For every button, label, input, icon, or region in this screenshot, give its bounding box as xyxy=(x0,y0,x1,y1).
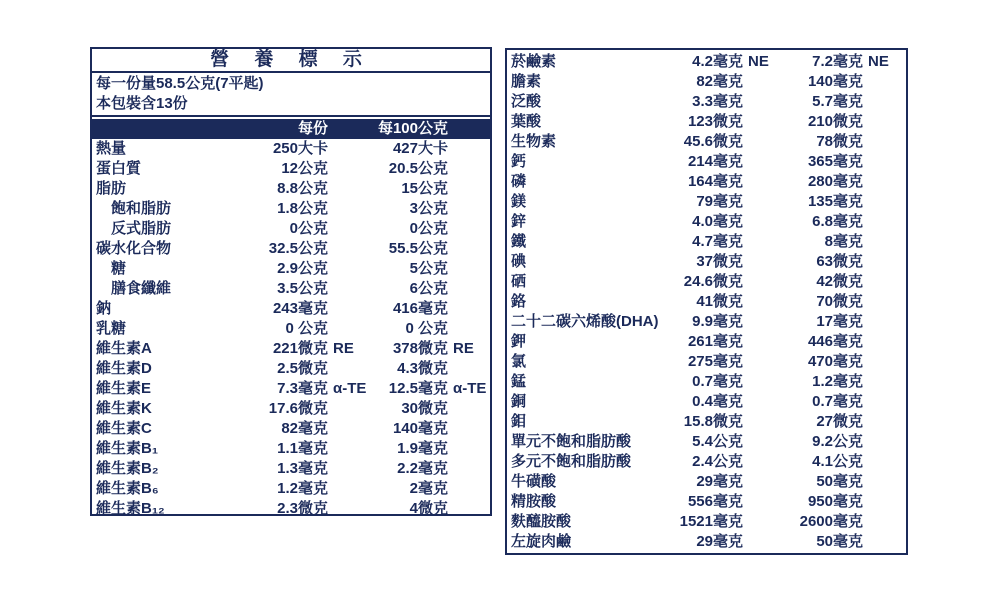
per-serving-value: 0公克 xyxy=(226,219,328,239)
per-serving-value: 0.4毫克 xyxy=(641,392,743,412)
per-serving-unit-suffix xyxy=(743,372,775,392)
per-100g-value: 1.9毫克 xyxy=(360,439,448,459)
per-100g-value: 5.7毫克 xyxy=(775,92,863,112)
per-100g-unit-suffix xyxy=(448,199,490,219)
per-100g-unit-suffix xyxy=(863,272,905,292)
per-serving-value: 214毫克 xyxy=(641,152,743,172)
per-100g-value: 470毫克 xyxy=(775,352,863,372)
nutrient-label: 菸鹼素 xyxy=(507,52,641,72)
table-row: 鎂 79毫克 135毫克 xyxy=(507,192,906,212)
per-serving-value: 261毫克 xyxy=(641,332,743,352)
nutrition-facts-continued-panel: 菸鹼素 4.2毫克 NE 7.2毫克 NE 膽素 82毫克 140毫克 泛酸 3… xyxy=(505,48,908,555)
per-100g-value: 15公克 xyxy=(360,179,448,199)
table-row: 鉬 15.8微克 27微克 xyxy=(507,412,906,432)
per-100g-unit-suffix xyxy=(863,452,905,472)
nutrient-label: 飽和脂肪 xyxy=(92,199,226,219)
per-serving-value: 1.1毫克 xyxy=(226,439,328,459)
header-spacer xyxy=(328,119,360,139)
nutrient-label: 二十二碳六烯酸(DHA) xyxy=(507,312,641,332)
nutrient-label: 麩醯胺酸 xyxy=(507,512,641,532)
per-100g-value: 1.2毫克 xyxy=(775,372,863,392)
per-serving-value: 1.8公克 xyxy=(226,199,328,219)
per-100g-value: 6.8毫克 xyxy=(775,212,863,232)
table-row: 脂肪 8.8公克 15公克 xyxy=(92,179,490,199)
per-100g-value: 27微克 xyxy=(775,412,863,432)
per-serving-value: 0.7毫克 xyxy=(641,372,743,392)
per-100g-value: 2.2毫克 xyxy=(360,459,448,479)
per-100g-unit-suffix xyxy=(448,219,490,239)
nutrient-label: 維生素C xyxy=(92,419,226,439)
per-serving-unit-suffix xyxy=(743,512,775,532)
header-spacer xyxy=(448,119,490,139)
per-serving-unit-suffix xyxy=(743,352,775,372)
table-row: 磷 164毫克 280毫克 xyxy=(507,172,906,192)
per-serving-value: 164毫克 xyxy=(641,172,743,192)
nutrient-rows-left: 熱量 250大卡 427大卡 蛋白質 12公克 20.5公克 脂肪 8.8公克 … xyxy=(92,139,490,519)
nutrient-label: 糖 xyxy=(92,259,226,279)
per-100g-unit-suffix xyxy=(448,299,490,319)
per-100g-unit-suffix xyxy=(863,72,905,92)
per-serving-value: 82毫克 xyxy=(226,419,328,439)
table-row: 維生素E 7.3毫克 α-TE 12.5毫克 α-TE xyxy=(92,379,490,399)
table-row: 鈣 214毫克 365毫克 xyxy=(507,152,906,172)
table-row: 單元不飽和脂肪酸 5.4公克 9.2公克 xyxy=(507,432,906,452)
table-row: 銅 0.4毫克 0.7毫克 xyxy=(507,392,906,412)
per-serving-value: 221微克 xyxy=(226,339,328,359)
per-serving-value: 82毫克 xyxy=(641,72,743,92)
per-serving-value: 556毫克 xyxy=(641,492,743,512)
per-serving-value: 0 公克 xyxy=(226,319,328,339)
per-serving-unit-suffix xyxy=(328,179,360,199)
per-100g-value: 0.7毫克 xyxy=(775,392,863,412)
per-100g-unit-suffix xyxy=(863,312,905,332)
per-100g-value: 42微克 xyxy=(775,272,863,292)
serving-size-text: 每一份量58.5公克(7平匙) xyxy=(96,74,490,94)
nutrient-label: 葉酸 xyxy=(507,112,641,132)
per-serving-unit-suffix xyxy=(743,252,775,272)
per-serving-unit-suffix xyxy=(328,159,360,179)
nutrient-label: 維生素E xyxy=(92,379,226,399)
per-100g-value: 0 公克 xyxy=(360,319,448,339)
per-100g-unit-suffix xyxy=(863,172,905,192)
per-serving-unit-suffix: RE xyxy=(328,339,360,359)
per-serving-value: 2.5微克 xyxy=(226,359,328,379)
per-serving-unit-suffix xyxy=(328,459,360,479)
per-100g-unit-suffix xyxy=(448,479,490,499)
per-serving-value: 123微克 xyxy=(641,112,743,132)
table-row: 精胺酸 556毫克 950毫克 xyxy=(507,492,906,512)
per-serving-unit-suffix xyxy=(743,412,775,432)
nutrient-label: 膽素 xyxy=(507,72,641,92)
per-100g-value: 7.2毫克 xyxy=(775,52,863,72)
table-row: 泛酸 3.3毫克 5.7毫克 xyxy=(507,92,906,112)
nutrient-label: 多元不飽和脂肪酸 xyxy=(507,452,641,472)
per-serving-unit-suffix xyxy=(743,72,775,92)
table-row: 麩醯胺酸 1521毫克 2600毫克 xyxy=(507,512,906,532)
per-100g-unit-suffix xyxy=(863,332,905,352)
per-serving-value: 275毫克 xyxy=(641,352,743,372)
per-serving-unit-suffix xyxy=(743,332,775,352)
table-row: 糖 2.9公克 5公克 xyxy=(92,259,490,279)
nutrient-label: 維生素K xyxy=(92,399,226,419)
per-100g-value: 50毫克 xyxy=(775,532,863,552)
per-serving-unit-suffix xyxy=(328,499,360,519)
nutrient-label: 單元不飽和脂肪酸 xyxy=(507,432,641,452)
nutrient-rows-right: 菸鹼素 4.2毫克 NE 7.2毫克 NE 膽素 82毫克 140毫克 泛酸 3… xyxy=(507,52,906,552)
table-row: 維生素K 17.6微克 30微克 xyxy=(92,399,490,419)
per-100g-unit-suffix xyxy=(448,439,490,459)
nutrient-label: 維生素B₁₂ xyxy=(92,499,226,519)
per-100g-value: 135毫克 xyxy=(775,192,863,212)
per-100g-unit-suffix xyxy=(863,292,905,312)
per-serving-value: 8.8公克 xyxy=(226,179,328,199)
per-serving-value: 2.9公克 xyxy=(226,259,328,279)
per-serving-unit-suffix xyxy=(328,399,360,419)
per-serving-unit-suffix xyxy=(328,299,360,319)
per-100g-value: 0公克 xyxy=(360,219,448,239)
per-serving-unit-suffix xyxy=(743,272,775,292)
nutrient-label: 牛磺酸 xyxy=(507,472,641,492)
per-100g-value: 63微克 xyxy=(775,252,863,272)
nutrient-label: 鋅 xyxy=(507,212,641,232)
per-serving-value: 41微克 xyxy=(641,292,743,312)
per-serving-value: 24.6微克 xyxy=(641,272,743,292)
per-serving-unit-suffix xyxy=(743,312,775,332)
nutrition-facts-main-panel: 營 養 標 示 每一份量58.5公克(7平匙) 本包裝含13份 每份 每100公… xyxy=(90,47,492,516)
per-serving-unit-suffix xyxy=(743,232,775,252)
per-100g-value: 365毫克 xyxy=(775,152,863,172)
per-100g-unit-suffix xyxy=(448,459,490,479)
nutrient-label: 鈣 xyxy=(507,152,641,172)
per-serving-value: 243毫克 xyxy=(226,299,328,319)
nutrient-label: 碳水化合物 xyxy=(92,239,226,259)
nutrient-label: 反式脂肪 xyxy=(92,219,226,239)
table-row: 菸鹼素 4.2毫克 NE 7.2毫克 NE xyxy=(507,52,906,72)
per-100g-unit-suffix xyxy=(448,319,490,339)
table-row: 多元不飽和脂肪酸 2.4公克 4.1公克 xyxy=(507,452,906,472)
per-100g-value: 2毫克 xyxy=(360,479,448,499)
table-row: 葉酸 123微克 210微克 xyxy=(507,112,906,132)
nutrient-label: 脂肪 xyxy=(92,179,226,199)
per-100g-value: 950毫克 xyxy=(775,492,863,512)
table-row: 膽素 82毫克 140毫克 xyxy=(507,72,906,92)
per-100g-value: 5公克 xyxy=(360,259,448,279)
nutrient-label: 鎂 xyxy=(507,192,641,212)
per-serving-unit-suffix xyxy=(328,439,360,459)
per-serving-value: 4.0毫克 xyxy=(641,212,743,232)
per-100g-value: 30微克 xyxy=(360,399,448,419)
per-serving-value: 1.2毫克 xyxy=(226,479,328,499)
table-row: 蛋白質 12公克 20.5公克 xyxy=(92,159,490,179)
per-serving-unit-suffix xyxy=(743,112,775,132)
nutrient-label: 維生素A xyxy=(92,339,226,359)
nutrient-label: 乳糖 xyxy=(92,319,226,339)
per-100g-unit-suffix xyxy=(863,392,905,412)
per-100g-unit-suffix xyxy=(448,399,490,419)
table-row: 維生素C 82毫克 140毫克 xyxy=(92,419,490,439)
per-serving-unit-suffix xyxy=(328,319,360,339)
per-100g-value: 3公克 xyxy=(360,199,448,219)
per-100g-value: 55.5公克 xyxy=(360,239,448,259)
per-serving-value: 4.2毫克 xyxy=(641,52,743,72)
per-100g-value: 20.5公克 xyxy=(360,159,448,179)
per-100g-unit-suffix xyxy=(863,112,905,132)
per-serving-value: 1521毫克 xyxy=(641,512,743,532)
per-100g-value: 70微克 xyxy=(775,292,863,312)
table-row: 碳水化合物 32.5公克 55.5公克 xyxy=(92,239,490,259)
per-100g-value: 140毫克 xyxy=(360,419,448,439)
nutrient-label: 鐵 xyxy=(507,232,641,252)
per-100g-value: 446毫克 xyxy=(775,332,863,352)
per-serving-unit-suffix xyxy=(328,359,360,379)
table-row: 氯 275毫克 470毫克 xyxy=(507,352,906,372)
per-serving-unit-suffix xyxy=(743,432,775,452)
per-100g-value: 416毫克 xyxy=(360,299,448,319)
nutrient-label: 生物素 xyxy=(507,132,641,152)
table-row: 牛磺酸 29毫克 50毫克 xyxy=(507,472,906,492)
per-serving-unit-suffix xyxy=(743,472,775,492)
nutrient-label: 熱量 xyxy=(92,139,226,159)
table-row: 二十二碳六烯酸(DHA) 9.9毫克 17毫克 xyxy=(507,312,906,332)
per-serving-unit-suffix xyxy=(743,492,775,512)
per-100g-value: 78微克 xyxy=(775,132,863,152)
col-header-per-serving: 每份 xyxy=(226,119,328,139)
nutrient-label: 維生素B₂ xyxy=(92,459,226,479)
per-100g-value: 280毫克 xyxy=(775,172,863,192)
per-100g-unit-suffix xyxy=(448,359,490,379)
per-serving-value: 5.4公克 xyxy=(641,432,743,452)
per-100g-unit-suffix xyxy=(863,92,905,112)
per-100g-value: 12.5毫克 xyxy=(360,379,448,399)
per-serving-value: 2.3微克 xyxy=(226,499,328,519)
table-row: 飽和脂肪 1.8公克 3公克 xyxy=(92,199,490,219)
per-serving-value: 1.3毫克 xyxy=(226,459,328,479)
per-100g-value: 4微克 xyxy=(360,499,448,519)
nutrient-label: 碘 xyxy=(507,252,641,272)
per-100g-unit-suffix xyxy=(863,192,905,212)
per-100g-value: 17毫克 xyxy=(775,312,863,332)
table-row: 左旋肉鹼 29毫克 50毫克 xyxy=(507,532,906,552)
per-serving-unit-suffix xyxy=(743,392,775,412)
nutrient-label: 泛酸 xyxy=(507,92,641,112)
per-100g-unit-suffix xyxy=(863,252,905,272)
per-100g-unit-suffix xyxy=(448,139,490,159)
per-serving-value: 3.3毫克 xyxy=(641,92,743,112)
per-100g-unit-suffix xyxy=(863,372,905,392)
per-100g-unit-suffix xyxy=(863,412,905,432)
header-spacer xyxy=(92,119,226,139)
per-serving-unit-suffix xyxy=(743,92,775,112)
per-serving-unit-suffix xyxy=(328,479,360,499)
per-serving-unit-suffix xyxy=(328,239,360,259)
nutrition-label-title: 營 養 標 示 xyxy=(92,49,490,73)
per-100g-unit-suffix xyxy=(448,239,490,259)
nutrient-label: 鉀 xyxy=(507,332,641,352)
per-100g-unit-suffix xyxy=(863,152,905,172)
per-serving-unit-suffix xyxy=(743,192,775,212)
per-100g-value: 427大卡 xyxy=(360,139,448,159)
per-serving-unit-suffix xyxy=(328,279,360,299)
table-row: 反式脂肪 0公克 0公克 xyxy=(92,219,490,239)
table-row: 維生素B₁ 1.1毫克 1.9毫克 xyxy=(92,439,490,459)
nutrient-label: 鉬 xyxy=(507,412,641,432)
per-100g-value: 210微克 xyxy=(775,112,863,132)
per-serving-unit-suffix xyxy=(328,419,360,439)
per-100g-value: 8毫克 xyxy=(775,232,863,252)
per-100g-unit-suffix xyxy=(448,419,490,439)
per-serving-unit-suffix xyxy=(743,132,775,152)
per-serving-value: 37微克 xyxy=(641,252,743,272)
nutrient-label: 精胺酸 xyxy=(507,492,641,512)
per-serving-unit-suffix xyxy=(743,152,775,172)
table-row: 碘 37微克 63微克 xyxy=(507,252,906,272)
col-header-per-100g: 每100公克 xyxy=(360,119,448,139)
per-100g-value: 378微克 xyxy=(360,339,448,359)
table-row: 乳糖 0 公克 0 公克 xyxy=(92,319,490,339)
per-serving-value: 12公克 xyxy=(226,159,328,179)
table-row: 維生素D 2.5微克 4.3微克 xyxy=(92,359,490,379)
per-100g-value: 9.2公克 xyxy=(775,432,863,452)
per-100g-value: 140毫克 xyxy=(775,72,863,92)
per-serving-unit-suffix: NE xyxy=(743,52,775,72)
per-serving-value: 29毫克 xyxy=(641,532,743,552)
per-100g-unit-suffix: α-TE xyxy=(448,379,490,399)
per-100g-unit-suffix: RE xyxy=(448,339,490,359)
per-100g-unit-suffix xyxy=(863,132,905,152)
per-serving-value: 17.6微克 xyxy=(226,399,328,419)
per-100g-value: 2600毫克 xyxy=(775,512,863,532)
per-serving-value: 250大卡 xyxy=(226,139,328,159)
per-100g-unit-suffix xyxy=(448,159,490,179)
table-row: 熱量 250大卡 427大卡 xyxy=(92,139,490,159)
per-100g-unit-suffix xyxy=(448,279,490,299)
nutrient-label: 左旋肉鹼 xyxy=(507,532,641,552)
per-100g-unit-suffix xyxy=(863,532,905,552)
per-serving-unit-suffix xyxy=(328,219,360,239)
per-serving-unit-suffix xyxy=(328,139,360,159)
per-100g-value: 4.3微克 xyxy=(360,359,448,379)
nutrient-label: 銅 xyxy=(507,392,641,412)
table-row: 鉻 41微克 70微克 xyxy=(507,292,906,312)
table-row: 膳食纖維 3.5公克 6公克 xyxy=(92,279,490,299)
per-serving-value: 2.4公克 xyxy=(641,452,743,472)
nutrient-label: 氯 xyxy=(507,352,641,372)
per-serving-value: 9.9毫克 xyxy=(641,312,743,332)
table-row: 錳 0.7毫克 1.2毫克 xyxy=(507,372,906,392)
nutrient-label: 維生素B₁ xyxy=(92,439,226,459)
nutrient-label: 鈉 xyxy=(92,299,226,319)
table-row: 維生素B₆ 1.2毫克 2毫克 xyxy=(92,479,490,499)
nutrient-label: 維生素B₆ xyxy=(92,479,226,499)
per-serving-value: 29毫克 xyxy=(641,472,743,492)
per-100g-unit-suffix xyxy=(448,179,490,199)
per-serving-unit-suffix xyxy=(743,292,775,312)
per-100g-unit-suffix xyxy=(863,352,905,372)
per-100g-unit-suffix: NE xyxy=(863,52,905,72)
table-row: 硒 24.6微克 42微克 xyxy=(507,272,906,292)
table-row: 鋅 4.0毫克 6.8毫克 xyxy=(507,212,906,232)
per-serving-unit-suffix xyxy=(743,452,775,472)
table-row: 維生素B₁₂ 2.3微克 4微克 xyxy=(92,499,490,519)
table-row: 鈉 243毫克 416毫克 xyxy=(92,299,490,319)
nutrient-label: 維生素D xyxy=(92,359,226,379)
per-100g-unit-suffix xyxy=(863,512,905,532)
nutrient-label: 錳 xyxy=(507,372,641,392)
table-row: 維生素B₂ 1.3毫克 2.2毫克 xyxy=(92,459,490,479)
per-100g-unit-suffix xyxy=(863,492,905,512)
per-serving-value: 32.5公克 xyxy=(226,239,328,259)
nutrient-label: 硒 xyxy=(507,272,641,292)
per-100g-value: 4.1公克 xyxy=(775,452,863,472)
per-100g-value: 50毫克 xyxy=(775,472,863,492)
table-row: 維生素A 221微克 RE 378微克 RE xyxy=(92,339,490,359)
per-100g-unit-suffix xyxy=(863,432,905,452)
per-serving-unit-suffix xyxy=(743,532,775,552)
table-row: 生物素 45.6微克 78微克 xyxy=(507,132,906,152)
per-serving-unit-suffix xyxy=(743,212,775,232)
serving-info-section: 每一份量58.5公克(7平匙) 本包裝含13份 xyxy=(92,73,490,117)
per-serving-unit-suffix xyxy=(328,199,360,219)
nutrient-label: 蛋白質 xyxy=(92,159,226,179)
nutrient-label: 膳食纖維 xyxy=(92,279,226,299)
per-serving-value: 79毫克 xyxy=(641,192,743,212)
per-serving-value: 4.7毫克 xyxy=(641,232,743,252)
per-serving-unit-suffix xyxy=(328,259,360,279)
nutrient-label: 鉻 xyxy=(507,292,641,312)
per-serving-unit-suffix xyxy=(743,172,775,192)
table-row: 鉀 261毫克 446毫克 xyxy=(507,332,906,352)
per-serving-unit-suffix: α-TE xyxy=(328,379,360,399)
per-100g-value: 6公克 xyxy=(360,279,448,299)
per-serving-value: 15.8微克 xyxy=(641,412,743,432)
per-100g-unit-suffix xyxy=(863,212,905,232)
servings-per-pack-text: 本包裝含13份 xyxy=(96,94,490,114)
per-serving-value: 3.5公克 xyxy=(226,279,328,299)
per-100g-unit-suffix xyxy=(448,259,490,279)
per-100g-unit-suffix xyxy=(863,472,905,492)
per-serving-value: 7.3毫克 xyxy=(226,379,328,399)
per-serving-value: 45.6微克 xyxy=(641,132,743,152)
per-100g-unit-suffix xyxy=(448,499,490,519)
table-row: 鐵 4.7毫克 8毫克 xyxy=(507,232,906,252)
column-header-band: 每份 每100公克 xyxy=(92,119,490,139)
per-100g-unit-suffix xyxy=(863,232,905,252)
nutrient-label: 磷 xyxy=(507,172,641,192)
